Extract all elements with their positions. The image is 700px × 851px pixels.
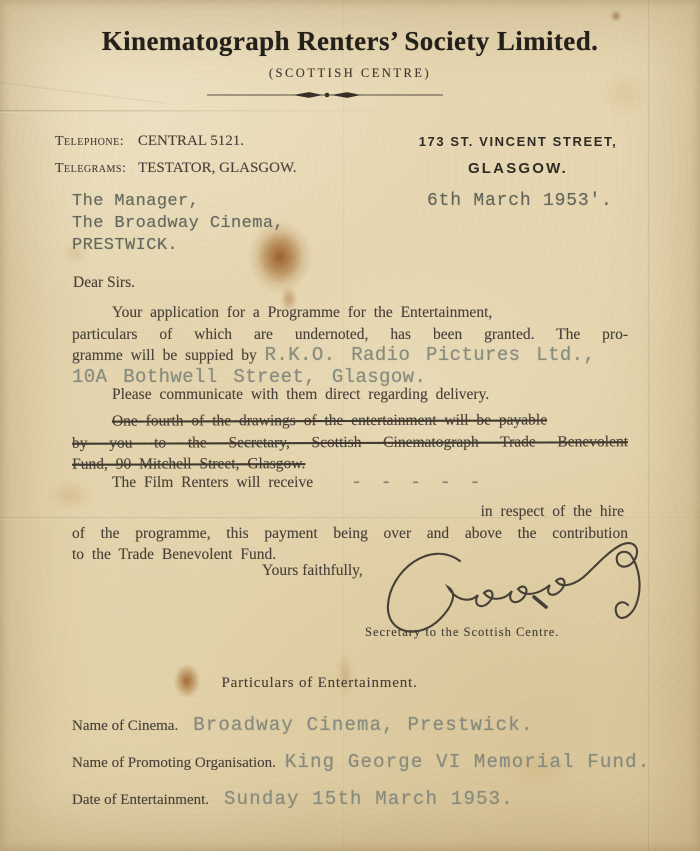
paragraph-2: Please communicate with them direct rega… (72, 384, 668, 406)
letterhead-title: Kinematograph Renters’ Society Limited. (0, 26, 700, 57)
film-renters-printed: The Film Renters will receive (72, 474, 313, 491)
address-line-2: GLASGOW. (402, 160, 634, 177)
telephone-label: Telephone: (55, 134, 124, 149)
organisation-label: Name of Promoting Organisation. (72, 755, 276, 772)
telegrams-line: Telegrams: TESTATOR, GLASGOW. (55, 160, 297, 177)
recipient-line-3: PRESTWICK. (72, 236, 178, 255)
particulars-row-organisation: Name of Promoting Organisation. King Geo… (72, 751, 650, 773)
recipient-line-2: The Broadway Cinema, (72, 214, 284, 233)
film-renters-blank-dashes: - - - - - (351, 473, 482, 493)
paragraph-1-line-1: Your application for a Programme for the… (72, 302, 628, 324)
entertainment-date-label: Date of Entertainment. (72, 792, 209, 809)
cinema-value: Broadway Cinema, Prestwick. (193, 714, 533, 736)
salutation: Dear Sirs. (73, 274, 135, 292)
struck-line-1: One fourth of the drawings of the entert… (112, 411, 547, 429)
particulars-heading: Particulars of Entertainment. (72, 675, 567, 692)
telephone-line: Telephone: CENTRAL 5121. (55, 133, 244, 150)
fold-crease-vertical-right (648, 0, 651, 851)
entertainment-date-value: Sunday 15th March 1953. (224, 788, 514, 810)
letter-date: 6th March 1953'. (427, 191, 613, 211)
signature-role: Secretary to the Scottish Centre. (365, 625, 559, 640)
valediction: Yours faithfully, (262, 562, 363, 580)
ornamental-divider-icon (205, 88, 445, 106)
paper-speck (610, 10, 622, 22)
struck-line-2: by you to the Secretary, Scottish Cinema… (72, 431, 628, 454)
film-renters-line: The Film Renters will receive- - - - - (72, 472, 628, 495)
paragraph-1-line-2: particulars of which are undernoted, has… (72, 324, 628, 346)
telegrams-value: TESTATOR, GLASGOW. (138, 160, 296, 176)
fold-crease-diagonal (0, 81, 166, 104)
closing-line-1: in respect of the hire (72, 501, 628, 523)
paragraph-1-line-3-typed: R.K.O. Radio Pictures Ltd., (265, 344, 596, 366)
struck-line-3: Fund, 90 Mitchell Street, Glasgow. (72, 455, 305, 473)
particulars-row-cinema: Name of Cinema. Broadway Cinema, Prestwi… (72, 714, 533, 736)
struck-paragraph: One fourth of the drawings of the entert… (72, 409, 628, 475)
paragraph-1: Your application for a Programme for the… (72, 302, 628, 388)
paragraph-1-line-3: gramme will be suppied by R.K.O. Radio P… (72, 345, 628, 367)
organisation-value: King George VI Memorial Fund. (285, 751, 650, 773)
fold-crease-horizontal-top (0, 110, 406, 113)
cinema-label: Name of Cinema. (72, 718, 178, 735)
particulars-row-date: Date of Entertainment. Sunday 15th March… (72, 788, 514, 810)
telephone-value: CENTRAL 5121. (138, 133, 244, 149)
address-line-1: 173 ST. VINCENT STREET, (402, 134, 634, 149)
letterhead-subtitle: (SCOTTISH CENTRE) (0, 66, 700, 81)
telegrams-label: Telegrams: (55, 161, 126, 176)
scanned-letter: Kinematograph Renters’ Society Limited. … (0, 0, 700, 851)
recipient-line-1: The Manager, (72, 192, 199, 211)
paragraph-1-line-3-printed: gramme will be suppied by (72, 347, 265, 364)
